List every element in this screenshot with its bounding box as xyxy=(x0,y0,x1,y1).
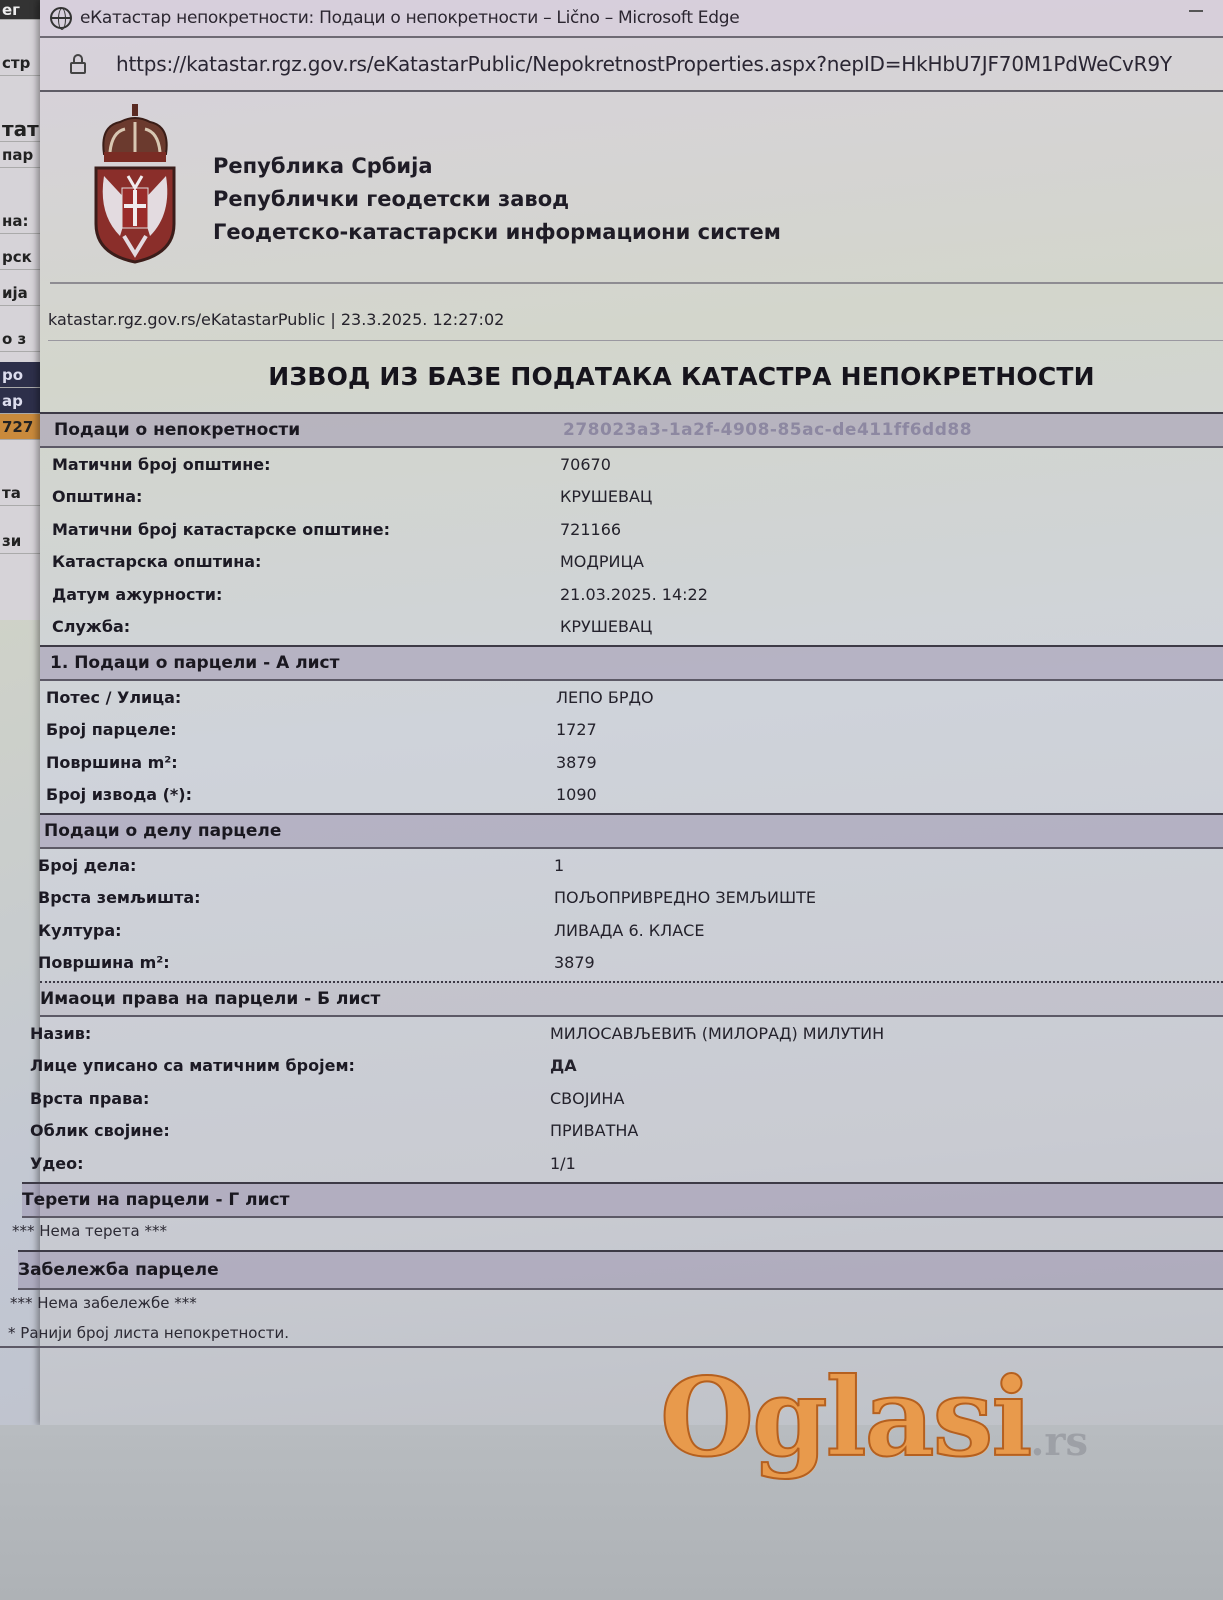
watermark-logo: Oglasi.rs xyxy=(660,1355,1088,1481)
table-row: Облик својине:ПРИВАТНА xyxy=(40,1115,1223,1148)
field-value: 3879 xyxy=(554,953,595,972)
section-title: 1. Подаци о парцели - А лист xyxy=(50,653,339,673)
divider xyxy=(0,1346,1223,1348)
field-value: КРУШЕВАЦ xyxy=(560,617,652,636)
footnote: * Ранији број листа непокретности. xyxy=(8,1320,1223,1346)
coat-of-arms-icon xyxy=(90,104,180,264)
org-line: Република Србија xyxy=(213,150,781,183)
field-label: Назив: xyxy=(30,1024,91,1043)
table-row: Лице уписано са матичним бројем:ДА xyxy=(40,1050,1223,1083)
org-line: Републички геодетски завод xyxy=(213,183,781,216)
table-row: Врста земљишта:ПОЉОПРИВРЕДНО ЗЕМЉИШТЕ xyxy=(40,882,1223,915)
watermark-brand: Oglasi xyxy=(660,1355,1030,1481)
table-row: Број извода (*):1090 xyxy=(40,779,1223,812)
field-value: 21.03.2025. 14:22 xyxy=(560,585,708,604)
table-row: Удео:1/1 xyxy=(40,1147,1223,1180)
field-label: Површина m²: xyxy=(38,953,170,972)
parcel-part-rows: Број дела:1Врста земљишта:ПОЉОПРИВРЕДНО … xyxy=(40,849,1223,979)
field-label: Матични број катастарске општине: xyxy=(52,520,390,539)
table-row: Број дела:1 xyxy=(40,849,1223,882)
section-title: Забележба парцеле xyxy=(18,1260,219,1280)
field-label: Облик својине: xyxy=(30,1121,170,1140)
table-row: Општина:КРУШЕВАЦ xyxy=(40,481,1223,514)
field-label: Култура: xyxy=(38,921,122,940)
address-bar[interactable]: https://katastar.rgz.gov.rs/eKatastarPub… xyxy=(40,38,1223,92)
field-label: Врста права: xyxy=(30,1089,149,1108)
field-value: СВОЈИНА xyxy=(550,1089,624,1108)
section-property-header: Подаци о непокретности 278023a3-1a2f-490… xyxy=(40,412,1223,448)
property-guid: 278023a3-1a2f-4908-85ac-de411ff6dd88 xyxy=(563,420,1223,440)
organization-name: Република Србија Републички геодетски за… xyxy=(213,150,781,249)
field-value: 1727 xyxy=(556,720,597,739)
section-burdens-header: Терети на парцели - Г лист xyxy=(22,1182,1223,1218)
field-label: Матични број општине: xyxy=(52,455,271,474)
field-value: ЛИВАДА 6. КЛАСЕ xyxy=(554,921,704,940)
globe-icon xyxy=(50,7,72,29)
divider xyxy=(50,282,1223,284)
document-title: ИЗВОД ИЗ БАЗЕ ПОДАТАКА КАТАСТРА НЕПОКРЕТ… xyxy=(40,362,1223,391)
table-row: Катастарска општина:МОДРИЦА xyxy=(40,546,1223,579)
divider xyxy=(48,340,1223,341)
field-value: ПОЉОПРИВРЕДНО ЗЕМЉИШТЕ xyxy=(554,888,816,907)
table-row: Култура:ЛИВАДА 6. КЛАСЕ xyxy=(40,914,1223,947)
parcel-rows: Потес / Улица:ЛЕПО БРДОБрој парцеле:1727… xyxy=(40,681,1223,811)
field-value: КРУШЕВАЦ xyxy=(560,487,652,506)
table-row: Датум ажурности:21.03.2025. 14:22 xyxy=(40,578,1223,611)
section-parcel-header: 1. Подаци о парцели - А лист xyxy=(40,645,1223,681)
field-value: МОДРИЦА xyxy=(560,552,644,571)
field-value: 70670 xyxy=(560,455,611,474)
field-label: Број парцеле: xyxy=(46,720,177,739)
site-timestamp: katastar.rgz.gov.rs/eKatastarPublic | 23… xyxy=(48,310,504,329)
property-rows: Матични број општине:70670Општина:КРУШЕВ… xyxy=(40,448,1223,643)
table-row: Површина m²:3879 xyxy=(40,947,1223,980)
table-row: Матични број катастарске општине:721166 xyxy=(40,513,1223,546)
field-value: 1/1 xyxy=(550,1154,576,1173)
title-bar[interactable]: еКатастар непокретности: Подаци о непокр… xyxy=(40,0,1223,38)
field-label: Служба: xyxy=(52,617,130,636)
window-title: еКатастар непокретности: Подаци о непокр… xyxy=(80,8,739,28)
field-label: Општина: xyxy=(52,487,142,506)
field-label: Лице уписано са матичним бројем: xyxy=(30,1056,355,1075)
notes-note: *** Нема забележбе *** xyxy=(10,1290,1223,1316)
section-notes-header: Забележба парцеле xyxy=(18,1250,1223,1290)
site-address: katastar.rgz.gov.rs/eKatastarPublic xyxy=(48,310,325,329)
document-body: Подаци о непокретности 278023a3-1a2f-490… xyxy=(40,412,1223,1348)
field-label: Број дела: xyxy=(38,856,136,875)
field-value: МИЛОСАВЉЕВИЋ (МИЛОРАД) МИЛУТИН xyxy=(550,1024,884,1043)
field-value: 3879 xyxy=(556,753,597,772)
org-line: Геодетско-катастарски информациони систе… xyxy=(213,216,781,249)
section-owners-header: Имаоци права на парцели - Б лист xyxy=(40,981,1223,1017)
table-row: Служба:КРУШЕВАЦ xyxy=(40,611,1223,644)
browser-window: еКатастар непокретности: Подаци о непокр… xyxy=(40,0,1223,1425)
burdens-note: *** Нема терета *** xyxy=(12,1218,1223,1244)
section-parcel-part-header: Подаци о делу парцеле xyxy=(40,813,1223,849)
field-value: ЛЕПО БРДО xyxy=(556,688,654,707)
field-value: ДА xyxy=(550,1056,577,1075)
owner-rows: Назив:МИЛОСАВЉЕВИЋ (МИЛОРАД) МИЛУТИНЛице… xyxy=(40,1017,1223,1180)
section-title: Терети на парцели - Г лист xyxy=(22,1190,289,1210)
table-row: Број парцеле:1727 xyxy=(40,714,1223,747)
minimize-button[interactable] xyxy=(1189,10,1203,12)
section-title: Имаоци права на парцели - Б лист xyxy=(40,989,380,1009)
field-value: 721166 xyxy=(560,520,621,539)
field-label: Потес / Улица: xyxy=(46,688,181,707)
timestamp: 23.3.2025. 12:27:02 xyxy=(341,310,504,329)
page-header: Република Србија Републички геодетски за… xyxy=(40,92,1223,307)
field-label: Број извода (*): xyxy=(46,785,192,804)
table-row: Назив:МИЛОСАВЉЕВИЋ (МИЛОРАД) МИЛУТИН xyxy=(40,1017,1223,1050)
field-label: Удео: xyxy=(30,1154,84,1173)
field-label: Катастарска општина: xyxy=(52,552,261,571)
field-value: 1090 xyxy=(556,785,597,804)
field-label: Датум ажурности: xyxy=(52,585,222,604)
lock-icon[interactable] xyxy=(70,54,86,74)
section-title: Подаци о непокретности xyxy=(54,420,300,440)
field-value: ПРИВАТНА xyxy=(550,1121,638,1140)
table-row: Врста права:СВОЈИНА xyxy=(40,1082,1223,1115)
section-title: Подаци о делу парцеле xyxy=(44,821,281,841)
field-label: Површина m²: xyxy=(46,753,178,772)
watermark-tld: .rs xyxy=(1030,1418,1088,1465)
url-text[interactable]: https://katastar.rgz.gov.rs/eKatastarPub… xyxy=(116,52,1172,76)
table-row: Површина m²:3879 xyxy=(40,746,1223,779)
table-row: Матични број општине:70670 xyxy=(40,448,1223,481)
field-value: 1 xyxy=(554,856,564,875)
table-row: Потес / Улица:ЛЕПО БРДО xyxy=(40,681,1223,714)
field-label: Врста земљишта: xyxy=(38,888,201,907)
